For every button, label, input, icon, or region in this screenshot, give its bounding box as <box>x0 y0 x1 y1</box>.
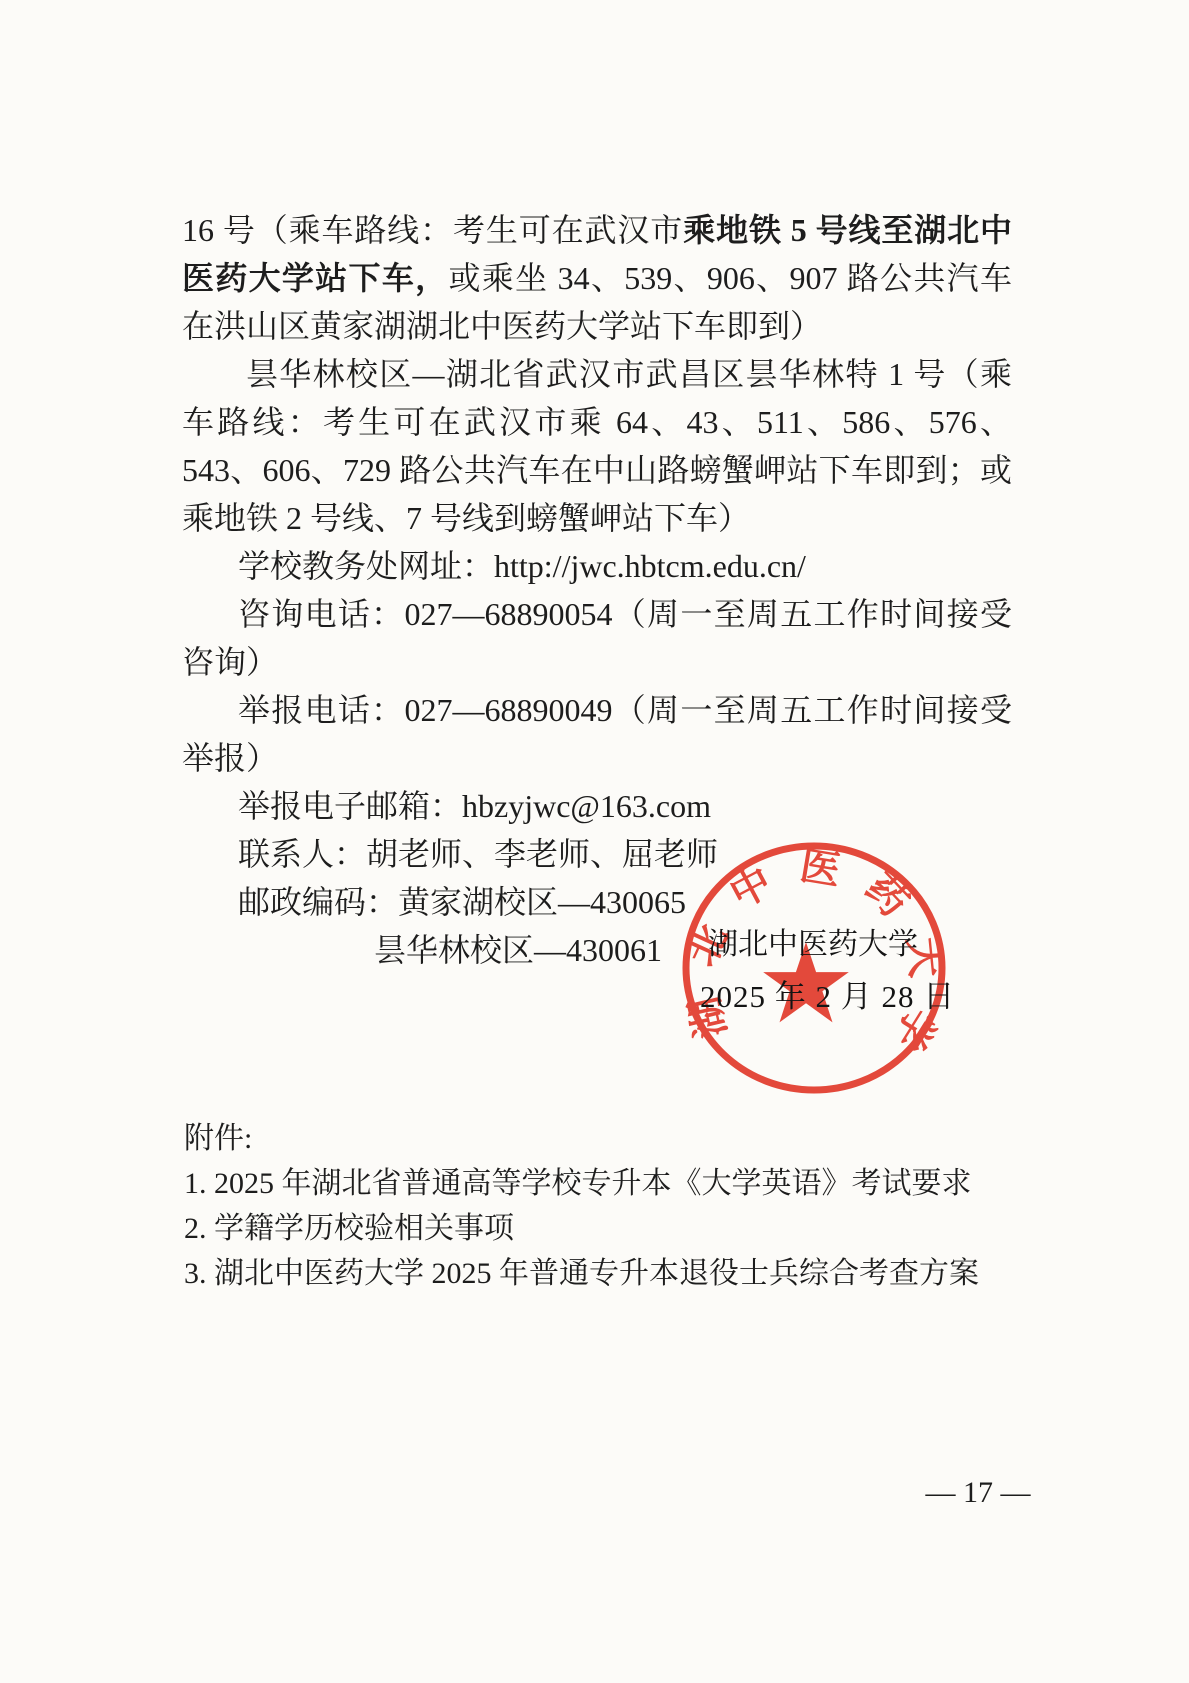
website-line: 学校教务处网址：http://jwc.hbtcm.edu.cn/ <box>182 542 1012 590</box>
official-seal-icon: 湖北中医药大学 <box>678 838 950 1098</box>
attachments-section: 附件: 1. 2025 年湖北省普通高等学校专升本《大学英语》考试要求 2. 学… <box>184 1116 1014 1296</box>
paragraph-huangjiahu-directions: 16 号（乘车路线：考生可在武汉市乘地铁 5 号线至湖北中医药大学站下车，或乘坐… <box>182 206 1012 350</box>
document-page: 16 号（乘车路线：考生可在武汉市乘地铁 5 号线至湖北中医药大学站下车，或乘坐… <box>0 0 1189 1683</box>
signature-date: 2025 年 2 月 28 日 <box>700 979 952 1015</box>
attachments-label: 附件: <box>184 1116 1014 1161</box>
attachment-item: 3. 湖北中医药大学 2025 年普通专升本退役士兵综合考查方案 <box>184 1251 1014 1296</box>
report-email-line: 举报电子邮箱：hbzyjwc@163.com <box>182 782 1012 830</box>
paragraph-tanhualin-directions: 昙华林校区—湖北省武汉市武昌区昙华林特 1 号（乘车路线：考生可在武汉市乘 64… <box>182 350 1012 542</box>
attachment-item: 2. 学籍学历校验相关事项 <box>184 1206 1014 1251</box>
attachment-item: 1. 2025 年湖北省普通高等学校专升本《大学英语》考试要求 <box>184 1161 1014 1206</box>
consult-phone-line: 咨询电话：027—68890054（周一至周五工作时间接受咨询） <box>182 590 1012 686</box>
report-phone-line: 举报电话：027—68890049（周一至周五工作时间接受举报） <box>182 686 1012 782</box>
text-run: 16 号（乘车路线：考生可在武汉市 <box>182 212 683 248</box>
page-number: — 17 — <box>898 1476 1058 1510</box>
signature-organization: 湖北中医药大学 <box>708 928 916 962</box>
